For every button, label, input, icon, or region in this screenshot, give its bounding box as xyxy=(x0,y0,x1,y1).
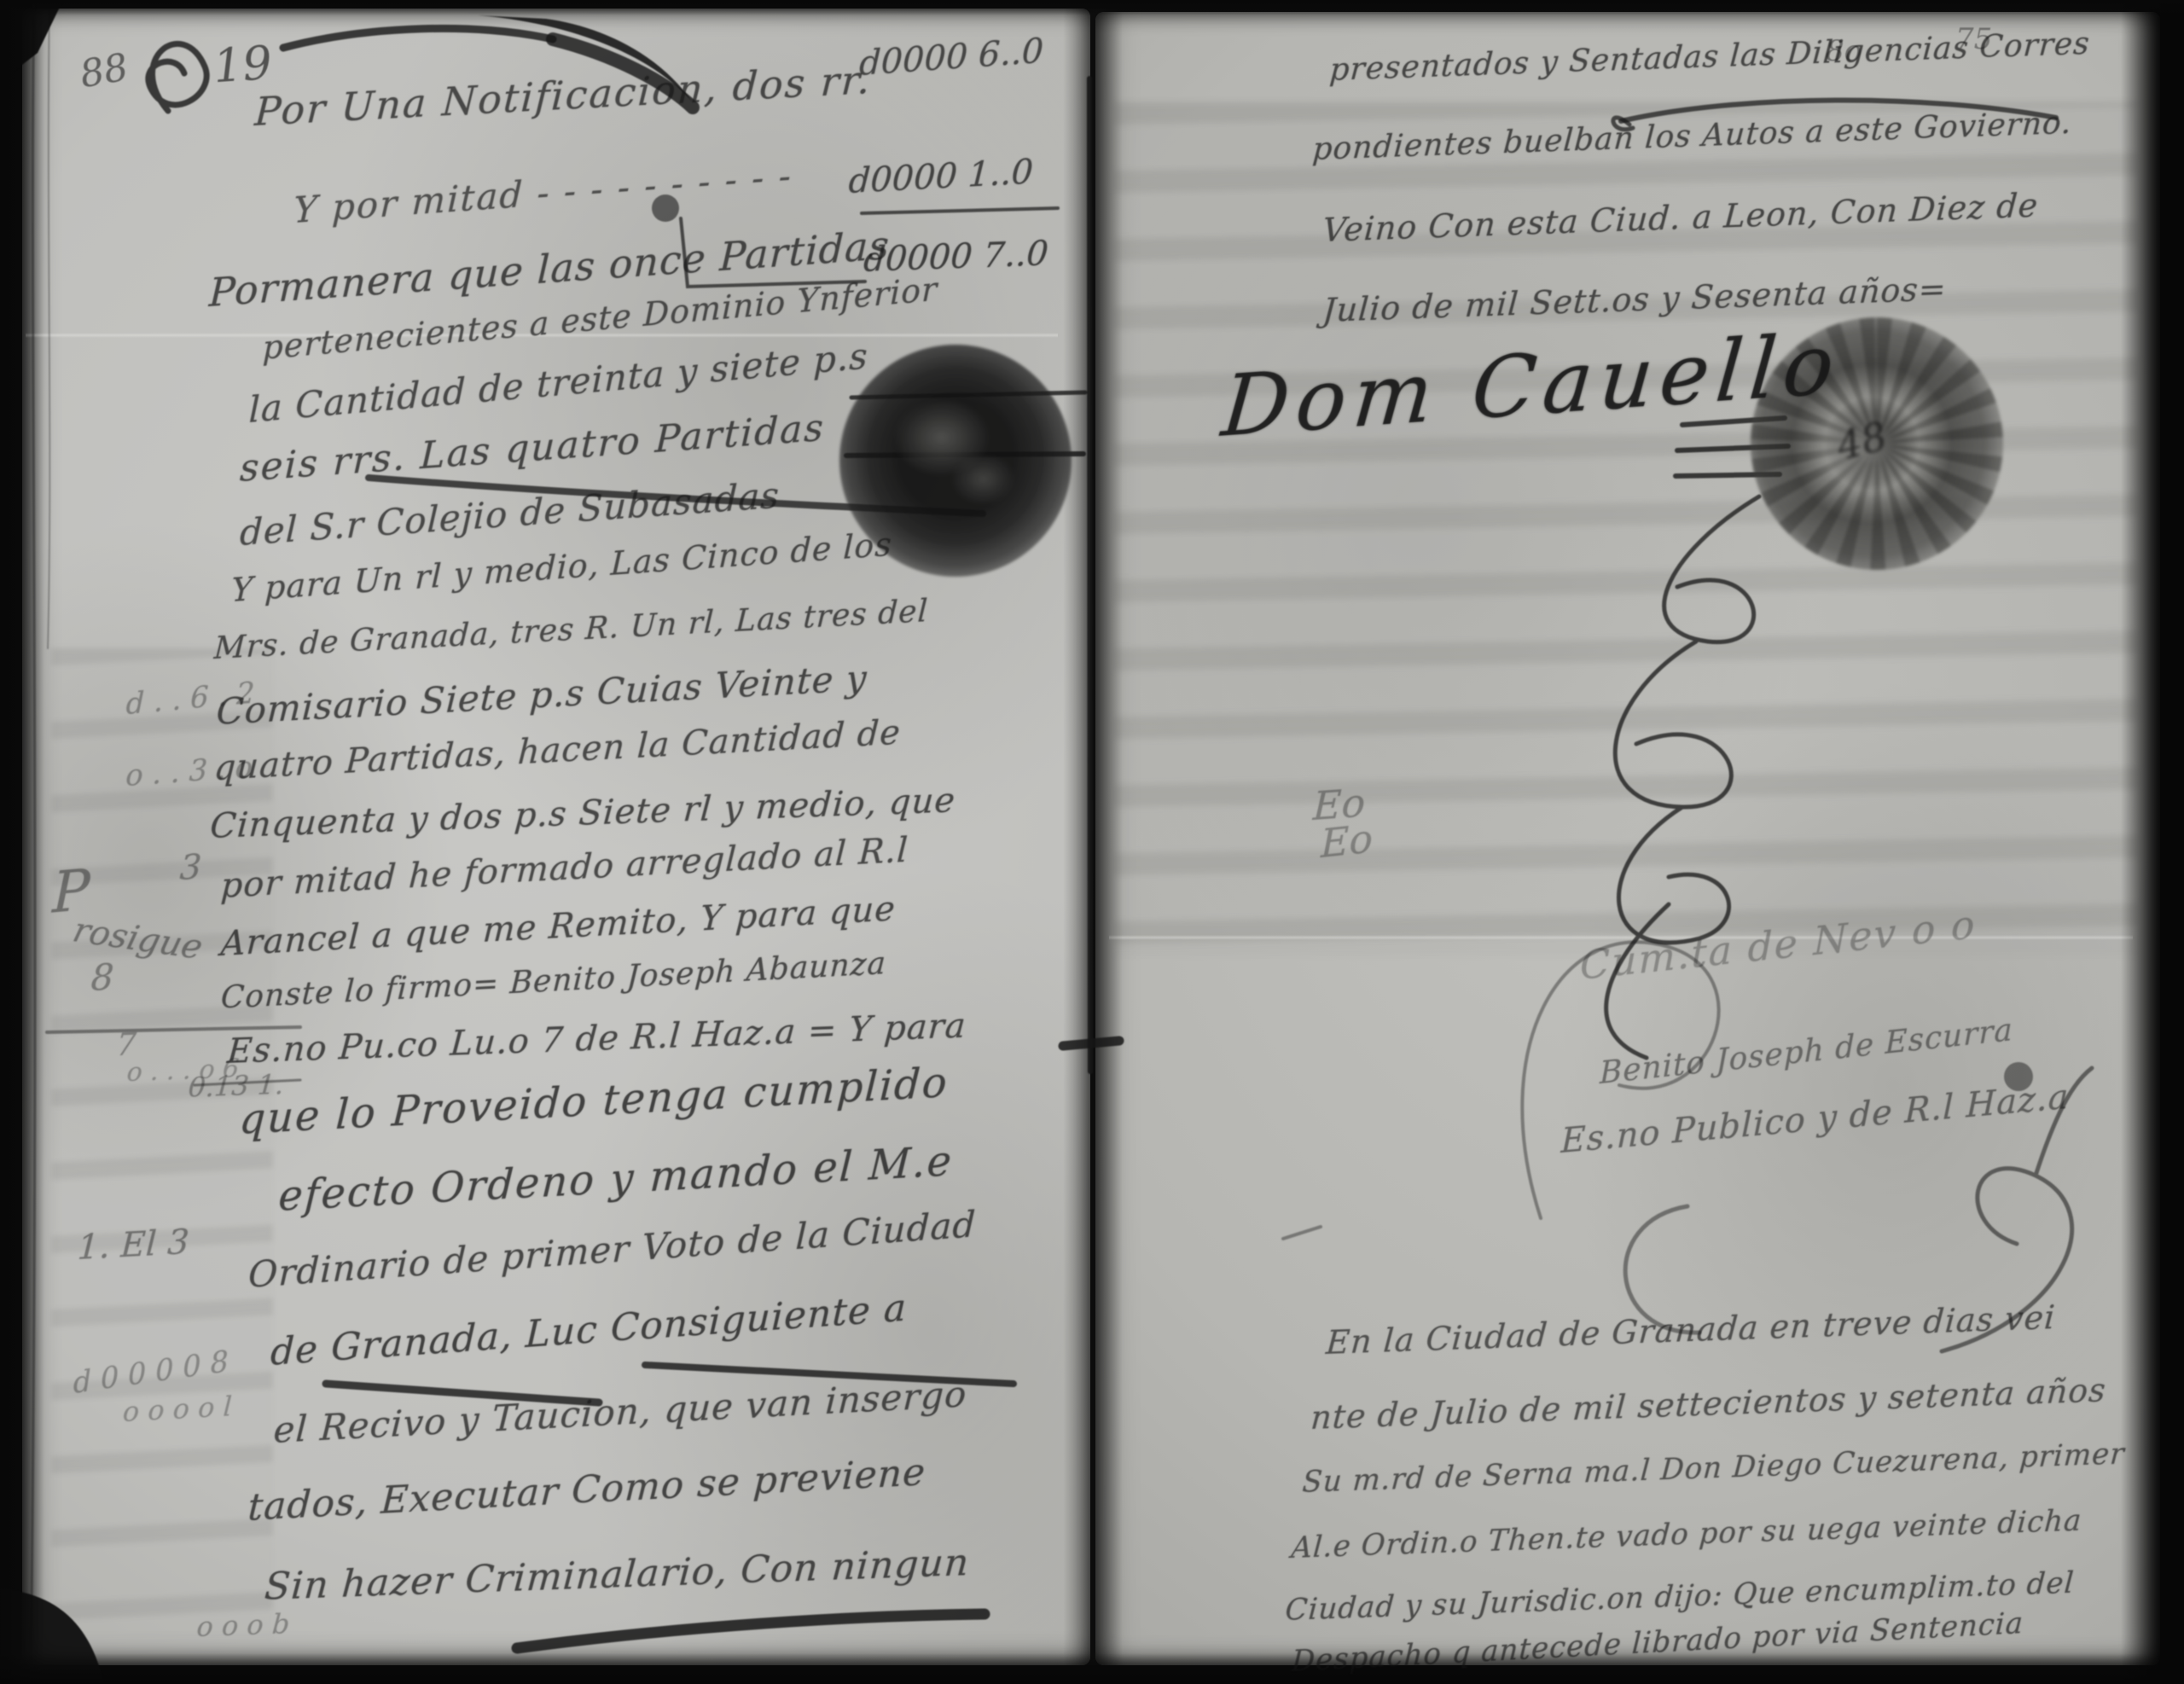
handwritten-line: pondientes buelban los Autos a este Govi… xyxy=(1311,106,2073,167)
handwritten-line: efecto Ordeno y mando el M.e xyxy=(277,1138,954,1222)
handwritten-line: En la Ciudad de Granada en treve dias ve… xyxy=(1325,1298,2057,1362)
handwritten-line: Julio de mil Sett.os y Sesenta años= xyxy=(1321,270,1948,329)
margin-note: o o o o l xyxy=(122,1390,233,1428)
handwritten-line: Y por mitad - - - - - - - - - - xyxy=(293,154,793,231)
amount-entry: d0000 6..0 xyxy=(858,32,1044,84)
handwritten-line: presentados y Sentadas las Diligencias C… xyxy=(1328,26,2091,88)
attestation-line: Benito Joseph de Escurra xyxy=(1600,1013,2013,1091)
handwritten-line: Es.no Pu.co Lu.o 7 de R.l Haz.a = Y para xyxy=(226,1007,967,1071)
margin-note: 1. El 3 xyxy=(77,1222,190,1268)
handwritten-line: el Recivo y Taucion, que van insergo xyxy=(272,1373,967,1451)
handwritten-line: que lo Proveido tenga cumplido xyxy=(238,1059,950,1144)
handwritten-line: Mrs. de Granada, tres R. Un rl, Las tres… xyxy=(213,594,929,666)
handwritten-line: Sin hazer Criminalario, Con ningun xyxy=(263,1541,971,1609)
handwritten-line: Al.e Ordin.o Then.te vado por su uega ve… xyxy=(1290,1504,2083,1565)
handwritten-line: Su m.rd de Serna ma.l Don Diego Cuezuren… xyxy=(1301,1437,2126,1500)
handwritten-line: Por Una Notificacion, dos rr. xyxy=(253,56,873,135)
margin-note: o o o b xyxy=(195,1607,290,1643)
attestation-line: Es.no Publico y de R.l Haz.a xyxy=(1560,1077,2070,1161)
handwritten-line: tados, Executar Como se previene xyxy=(247,1450,926,1530)
amount-entry: d0000 7..0 xyxy=(863,234,1050,280)
handwritten-line: de Granada, Luc Consiguiente a xyxy=(270,1286,908,1374)
handwritten-line: Ordinario de primer Voto de la Ciudad xyxy=(247,1203,977,1296)
margin-note: 0.13 1. xyxy=(187,1068,285,1104)
amount-entry: d0000 1..0 xyxy=(848,153,1035,202)
margin-note: 3 xyxy=(179,848,203,889)
margin-mark: Eo xyxy=(1321,816,1373,868)
manuscript-scan: 48 88 19 8o 75 Dom Cauello Por Una Notif… xyxy=(0,0,2184,1684)
handwritten-line: nte de Julio de mil settecientos y seten… xyxy=(1310,1371,2107,1437)
attestation-line: Cum.ta de Nev o o xyxy=(1580,901,1976,989)
margin-note: rosigue xyxy=(69,911,206,967)
handwritten-line: Veino Con esta Ciud. a Leon, Con Diez de xyxy=(1321,187,2040,249)
handwriting-layer: Por Una Notificacion, dos rr.Y por mitad… xyxy=(0,0,2184,1684)
margin-note: 8 xyxy=(90,956,114,1000)
